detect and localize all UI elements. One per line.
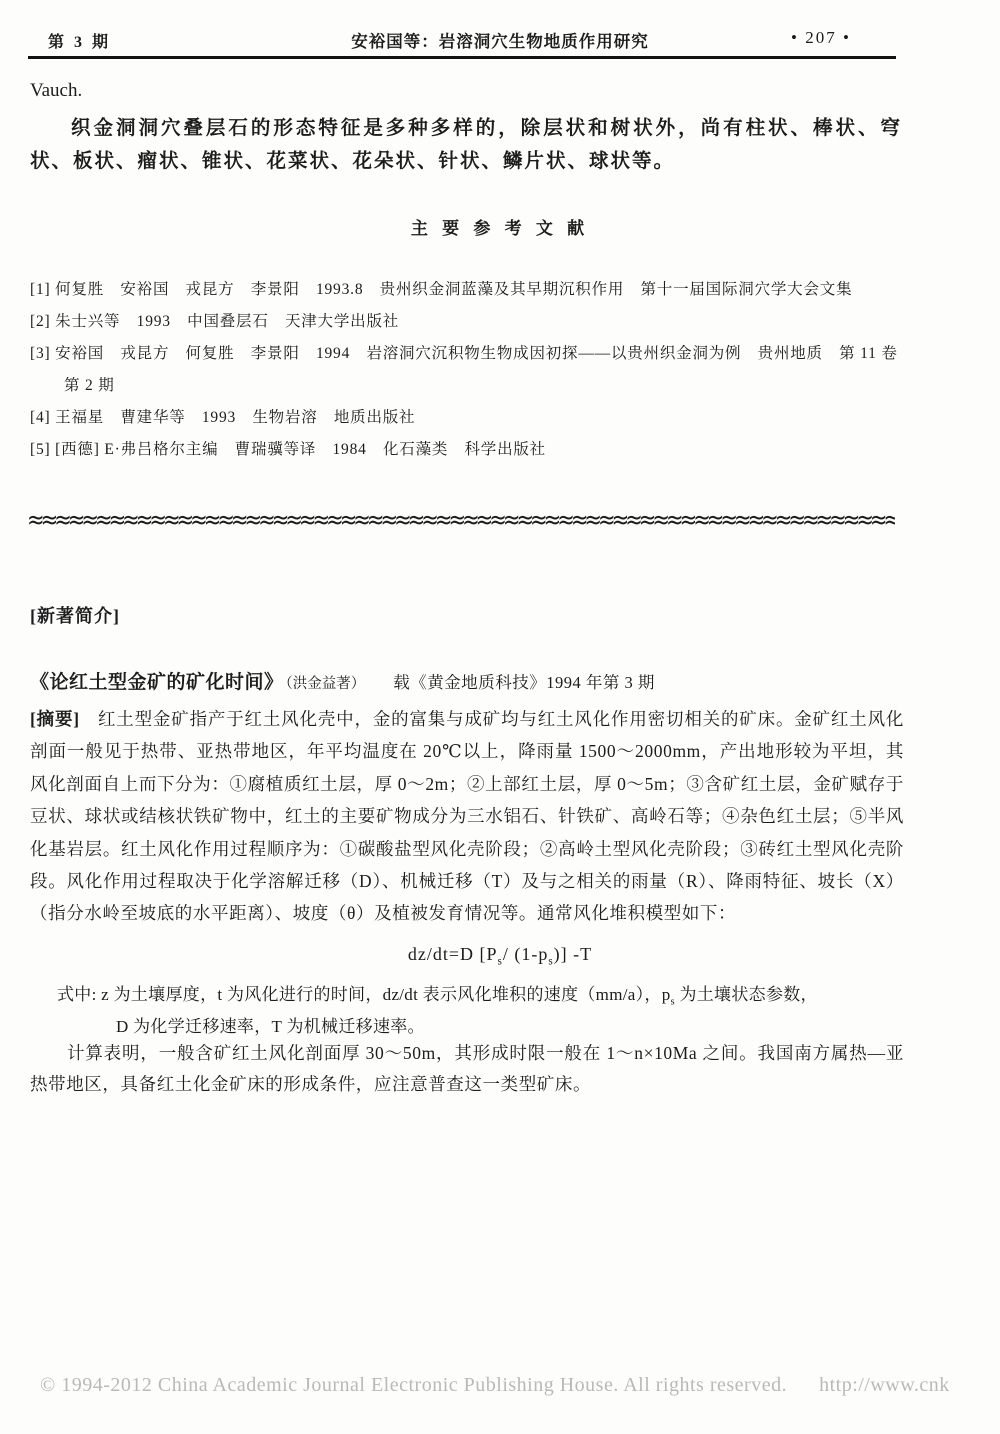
closing-paragraph: 计算表明，一般含矿红土风化剖面厚 30～50m，其形成时限一般在 1～n×10M… [30, 1038, 904, 1100]
book-title-line: 《论红土型金矿的矿化时间》（洪金益著）载《黄金地质科技》1994 年第 3 期 [30, 667, 904, 694]
book-title: 《论红土型金矿的矿化时间》 [30, 672, 284, 693]
weathering-accumulation-formula: dz/dt=D [Ps/ (1-ps)] -T [0, 944, 1000, 968]
footer-copyright: © 1994-2012 China Academic Journal Elect… [40, 1374, 787, 1396]
reference-item: [4] 王福星 曹建华等 1993 生物岩溶 地质出版社 [30, 402, 904, 434]
abstract-label: [摘要] [30, 709, 80, 729]
formula-explanation-line2: D 为化学迁移速率，T 为机械迁移速率。 [116, 1012, 425, 1037]
reference-item: [2] 朱士兴等 1993 中国叠层石 天津大学出版社 [30, 306, 904, 338]
footer-url: http://www.cnk [819, 1374, 950, 1396]
stromatolite-paragraph: 织金洞洞穴叠层石的形态特征是多种多样的，除层状和树状外，尚有柱状、棒状、穹状、板… [30, 112, 902, 178]
reference-item: [1] 何复胜 安裕国 戎昆方 李景阳 1993.8 贵州织金洞蓝藻及其早期沉积… [30, 274, 904, 306]
header-page-number: • 207 • [791, 28, 851, 48]
abstract-paragraph: [摘要]红土型金矿指产于红土风化壳中，金的富集与成矿均与红土风化作用密切相关的矿… [30, 703, 904, 930]
formula-explanation-line1: 式中: z 为土壤厚度，t 为风化进行的时间，dz/dt 表示风化堆积的速度（m… [57, 980, 818, 1007]
wavy-divider: ≈≈≈≈≈≈≈≈≈≈≈≈≈≈≈≈≈≈≈≈≈≈≈≈≈≈≈≈≈≈≈≈≈≈≈≈≈≈≈≈… [27, 505, 895, 534]
reference-item: [5] [西德] E·弗吕格尔主编 曹瑞骥等译 1984 化石藻类 科学出版社 [30, 434, 904, 466]
journal-page: 第 3 期 安裕国等：岩溶洞穴生物地质作用研究 • 207 • Vauch. 织… [0, 0, 1000, 1434]
leading-word: Vauch. [30, 80, 82, 102]
book-source: 载《黄金地质科技》1994 年第 3 期 [393, 673, 655, 692]
header-rule [28, 56, 896, 59]
book-author: （洪金益著） [286, 676, 366, 692]
reference-item: [3] 安裕国 戎昆方 何复胜 李景阳 1994 岩溶洞穴沉积物生物成因初探——… [30, 338, 904, 402]
abstract-text: 红土型金矿指产于红土风化壳中，金的富集与成矿均与红土风化作用密切相关的矿床。金矿… [30, 709, 904, 923]
new-book-section-label: [新著简介] [30, 602, 120, 628]
footer-watermark: © 1994-2012 China Academic Journal Elect… [40, 1374, 950, 1397]
references-heading: 主 要 参 考 文 献 [0, 214, 1000, 239]
references-list: [1] 何复胜 安裕国 戎昆方 李景阳 1993.8 贵州织金洞蓝藻及其早期沉积… [30, 274, 904, 466]
